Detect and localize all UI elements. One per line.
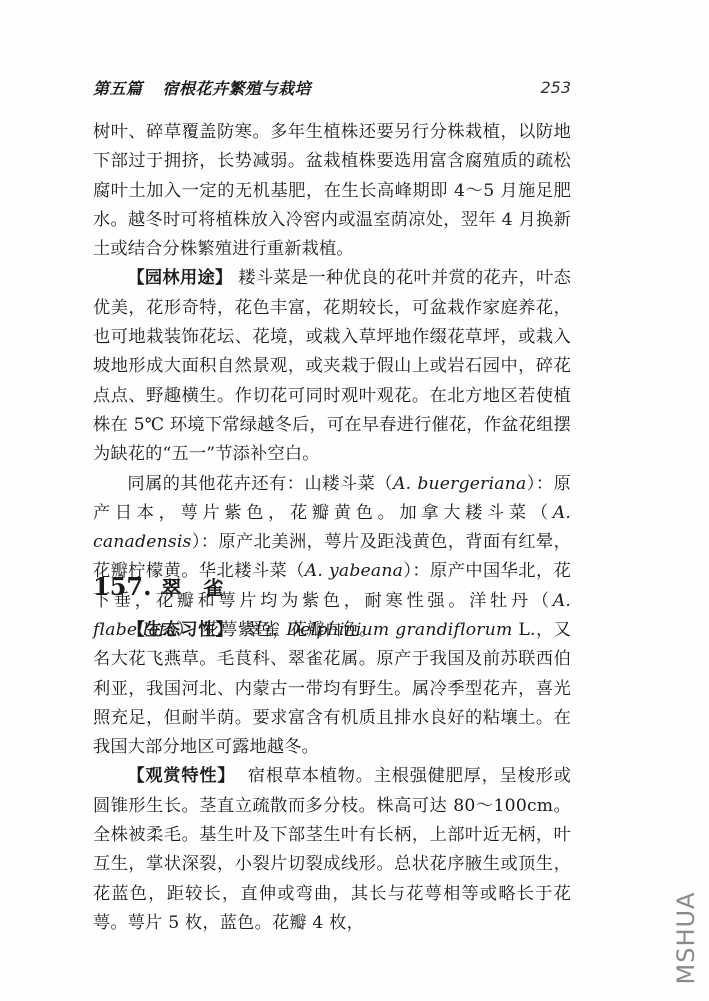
continuation-paragraph: 树叶、碎草覆盖防寒。多年生植株还要另行分株栽植，以防地下部过于拥挤，长势减弱。盆… — [93, 118, 571, 264]
garden-use-text: 耧斗菜是一种优良的花叶并赏的花卉，叶态优美，花形奇特，花色丰富，花期较长，可盆栽… — [93, 268, 571, 464]
section-name: 翠雀 — [161, 576, 245, 600]
header-chapter: 宿根花卉繁殖与栽培 — [163, 79, 312, 98]
header-title: 第五篇宿根花卉繁殖与栽培 — [93, 76, 311, 99]
watermark: MSHUA — [666, 880, 706, 995]
running-header: 第五篇宿根花卉繁殖与栽培 253 — [93, 74, 571, 100]
ecology-label: 【生态习性】 — [127, 620, 233, 640]
watermark-text: MSHUA — [672, 891, 700, 984]
ornamental-paragraph: 【观赏特性】 宿根草本植物。主根强健肥厚，呈梭形或圆锥形生长。茎直立疏散而多分枝… — [93, 762, 571, 938]
text-run: L.，又名大花飞燕草。毛茛科、翠雀花属。原产于我国及前苏联西伯利亚，我国河北、内… — [93, 620, 571, 757]
garden-use-paragraph: 【园林用途】 耧斗菜是一种优良的花叶并赏的花卉，叶态优美，花形奇特，花色丰富，花… — [93, 264, 571, 469]
body-block-2: 【生态习性】 翠雀 Delphinium grandiflorum L.，又名大… — [93, 616, 571, 938]
section-number: 157. — [93, 572, 151, 601]
text-run: 同属的其他花卉还有：山耧斗菜（ — [127, 474, 393, 494]
page-number: 253 — [540, 78, 571, 97]
section-heading: 157.翠雀 — [93, 572, 245, 601]
header-part: 第五篇 — [93, 79, 143, 98]
text-run: 翠雀 — [245, 620, 286, 640]
latin-name: A. yabeana — [305, 561, 403, 581]
body-block-1: 树叶、碎草覆盖防寒。多年生植株还要另行分株栽植，以防地下部过于拥挤，长势减弱。盆… — [93, 118, 571, 645]
latin-name: Delphinium grandiflorum — [286, 620, 512, 640]
footer-mark: ' — [351, 895, 354, 909]
ornamental-text: 宿根草本植物。主根强健肥厚，呈梭形或圆锥形生长。茎直立疏散而多分枝。株高可达 8… — [93, 766, 571, 932]
latin-name: A. buergeriana — [393, 474, 526, 494]
garden-use-label: 【园林用途】 — [127, 268, 232, 288]
ecology-paragraph: 【生态习性】 翠雀 Delphinium grandiflorum L.，又名大… — [93, 616, 571, 762]
ornamental-label: 【观赏特性】 — [127, 766, 235, 786]
